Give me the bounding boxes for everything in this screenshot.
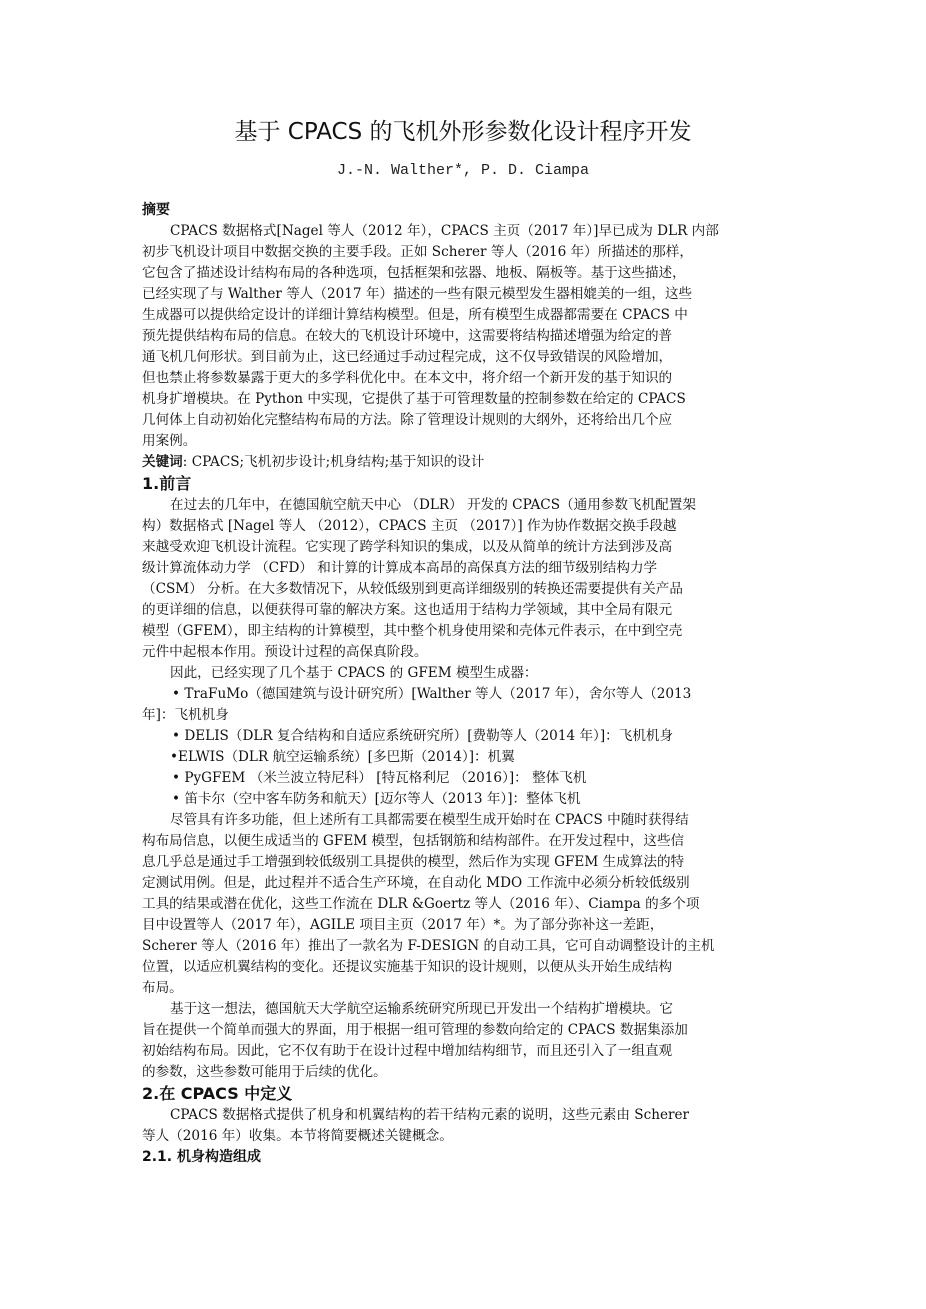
- paragraph-line: 初始结构布局。因此，它不仅有助于在设计过程中增加结构细节，而且还引入了一组直观: [142, 1041, 794, 1062]
- list-item: • 笛卡尔（空中客车防务和航天）[迈尔等人（2013 年）]：整体飞机: [142, 789, 794, 810]
- paragraph-line: 在过去的几年中，在德国航空航天中心 （DLR） 开发的 CPACS（通用参数飞机…: [142, 495, 794, 516]
- paragraph-line: 来越受欢迎飞机设计流程。它实现了跨学科知识的集成，以及从简单的统计方法到涉及高: [142, 537, 794, 558]
- paragraph-line: 布局。: [142, 978, 794, 999]
- keywords-separator: :: [183, 454, 188, 470]
- abstract-line: 几何体上自动初始化完整结构布局的方法。除了管理设计规则的大纲外，还将给出几个应: [142, 410, 794, 431]
- paragraph-line: 的更详细的信息，以便获得可靠的解决方案。这也适用于结构力学领域，其中全局有限元: [142, 600, 794, 621]
- paragraph-line: 构布局信息，以便生成适当的 GFEM 模型，包括钢筋和结构部件。在开发过程中，这…: [142, 831, 794, 852]
- paragraph-line: Scherer 等人（2016 年）推出了一款名为 F-DESIGN 的自动工具…: [142, 936, 794, 957]
- paragraph-line: 定测试用例。但是，此过程并不适合生产环境，在自动化 MDO 工作流中必须分析较低…: [142, 873, 794, 894]
- section-heading-1: 1.前言: [142, 473, 794, 495]
- paragraph-line: 构）数据格式 [Nagel 等人 （2012），CPACS 主页 （2017）]…: [142, 516, 794, 537]
- paragraph-line: 尽管具有许多功能，但上述所有工具都需要在模型生成开始时在 CPACS 中随时获得…: [142, 810, 794, 831]
- abstract-line: 生成器可以提供给定设计的详细计算结构模型。但是，所有模型生成器都需要在 CPAC…: [142, 305, 794, 326]
- paper-authors: J.-N. Walther*, P. D. Ciampa: [0, 162, 926, 179]
- paragraph-line: 的参数，这些参数可能用于后续的优化。: [142, 1062, 794, 1083]
- paragraph-line: 元件中起根本作用。预设计过程的高保真阶段。: [142, 642, 794, 663]
- paragraph-line: 基于这一想法，德国航天大学航空运输系统研究所现已开发出一个结构扩增模块。它: [142, 999, 794, 1020]
- abstract-heading: 摘要: [142, 200, 794, 221]
- list-item-continuation: 年]：飞机机身: [142, 705, 794, 726]
- abstract-line: 它包含了描述设计结构布局的各种选项，包括框架和弦器、地板、隔板等。基于这些描述，: [142, 263, 794, 284]
- paragraph-line: 旨在提供一个简单而强大的界面，用于根据一组可管理的参数向给定的 CPACS 数据…: [142, 1020, 794, 1041]
- paragraph-line: （CSM） 分析。在大多数情况下，从较低级别到更高详细级别的转换还需要提供有关产…: [142, 579, 794, 600]
- paragraph-line: 工具的结果或潜在优化，这些工作流在 DLR &Goertz 等人（2016 年）…: [142, 894, 794, 915]
- paragraph-line: 目中设置等人（2017 年），AGILE 项目主页（2017 年）*。为了部分弥…: [142, 915, 794, 936]
- keywords: 关键词: CPACS;飞机初步设计;机身结构;基于知识的设计: [142, 452, 794, 473]
- document-page: 基于 CPACS 的飞机外形参数化设计程序开发 J.-N. Walther*, …: [0, 0, 926, 1309]
- paragraph-line: 模型（GFEM），即主结构的计算模型，其中整个机身使用梁和壳体元件表示，在中到空…: [142, 621, 794, 642]
- paragraph-line: 息几乎总是通过手工增强到较低级别工具提供的模型，然后作为实现 GFEM 生成算法…: [142, 852, 794, 873]
- abstract-line: 但也禁止将参数暴露于更大的多学科优化中。在本文中，将介绍一个新开发的基于知识的: [142, 368, 794, 389]
- abstract-line: 机身扩增模块。在 Python 中实现，它提供了基于可管理数量的控制参数在给定的…: [142, 389, 794, 410]
- subsection-heading-2-1: 2.1. 机身构造组成: [142, 1147, 794, 1168]
- keywords-label: 关键词: [142, 454, 183, 470]
- paragraph-line: 级计算流体动力学 （CFD） 和计算的计算成本高昂的高保真方法的细节级别结构力学: [142, 558, 794, 579]
- section-heading-2: 2.在 CPACS 中定义: [142, 1083, 794, 1105]
- paragraph-line: 因此，已经实现了几个基于 CPACS 的 GFEM 模型生成器：: [142, 663, 794, 684]
- abstract-line: 已经实现了与 Walther 等人（2017 年）描述的一些有限元模型发生器相媲…: [142, 284, 794, 305]
- abstract-line: 预先提供结构布局的信息。在较大的飞机设计环境中，这需要将结构描述增强为给定的普: [142, 326, 794, 347]
- abstract-line: 用案例。: [142, 431, 794, 452]
- paragraph-line: CPACS 数据格式提供了机身和机翼结构的若干结构元素的说明，这些元素由 Sch…: [142, 1105, 794, 1126]
- abstract-line: CPACS 数据格式[Nagel 等人（2012 年），CPACS 主页（201…: [142, 221, 794, 242]
- list-item: • PyGFEM （米兰波立特尼科） [特瓦格利尼 （2016）]： 整体飞机: [142, 768, 794, 789]
- list-item: • TraFuMo（德国建筑与设计研究所）[Walther 等人（2017 年）…: [142, 684, 794, 705]
- abstract-line: 通飞机几何形状。到目前为止，这已经通过手动过程完成，这不仅导致错误的风险增加，: [142, 347, 794, 368]
- paragraph-line: 等人（2016 年）收集。本节将简要概述关键概念。: [142, 1126, 794, 1147]
- list-item: • DELIS（DLR 复合结构和自适应系统研究所）[费勒等人（2014 年）]…: [142, 726, 794, 747]
- list-item: •ELWIS（DLR 航空运输系统）[多巴斯（2014）]：机翼: [142, 747, 794, 768]
- paper-body: 摘要 CPACS 数据格式[Nagel 等人（2012 年），CPACS 主页（…: [142, 200, 794, 1168]
- abstract-line: 初步飞机设计项目中数据交换的主要手段。正如 Scherer 等人（2016 年）…: [142, 242, 794, 263]
- paragraph-line: 位置，以适应机翼结构的变化。还提议实施基于知识的设计规则，以便从头开始生成结构: [142, 957, 794, 978]
- keywords-value: CPACS;飞机初步设计;机身结构;基于知识的设计: [192, 454, 485, 470]
- paper-title: 基于 CPACS 的飞机外形参数化设计程序开发: [0, 113, 926, 146]
